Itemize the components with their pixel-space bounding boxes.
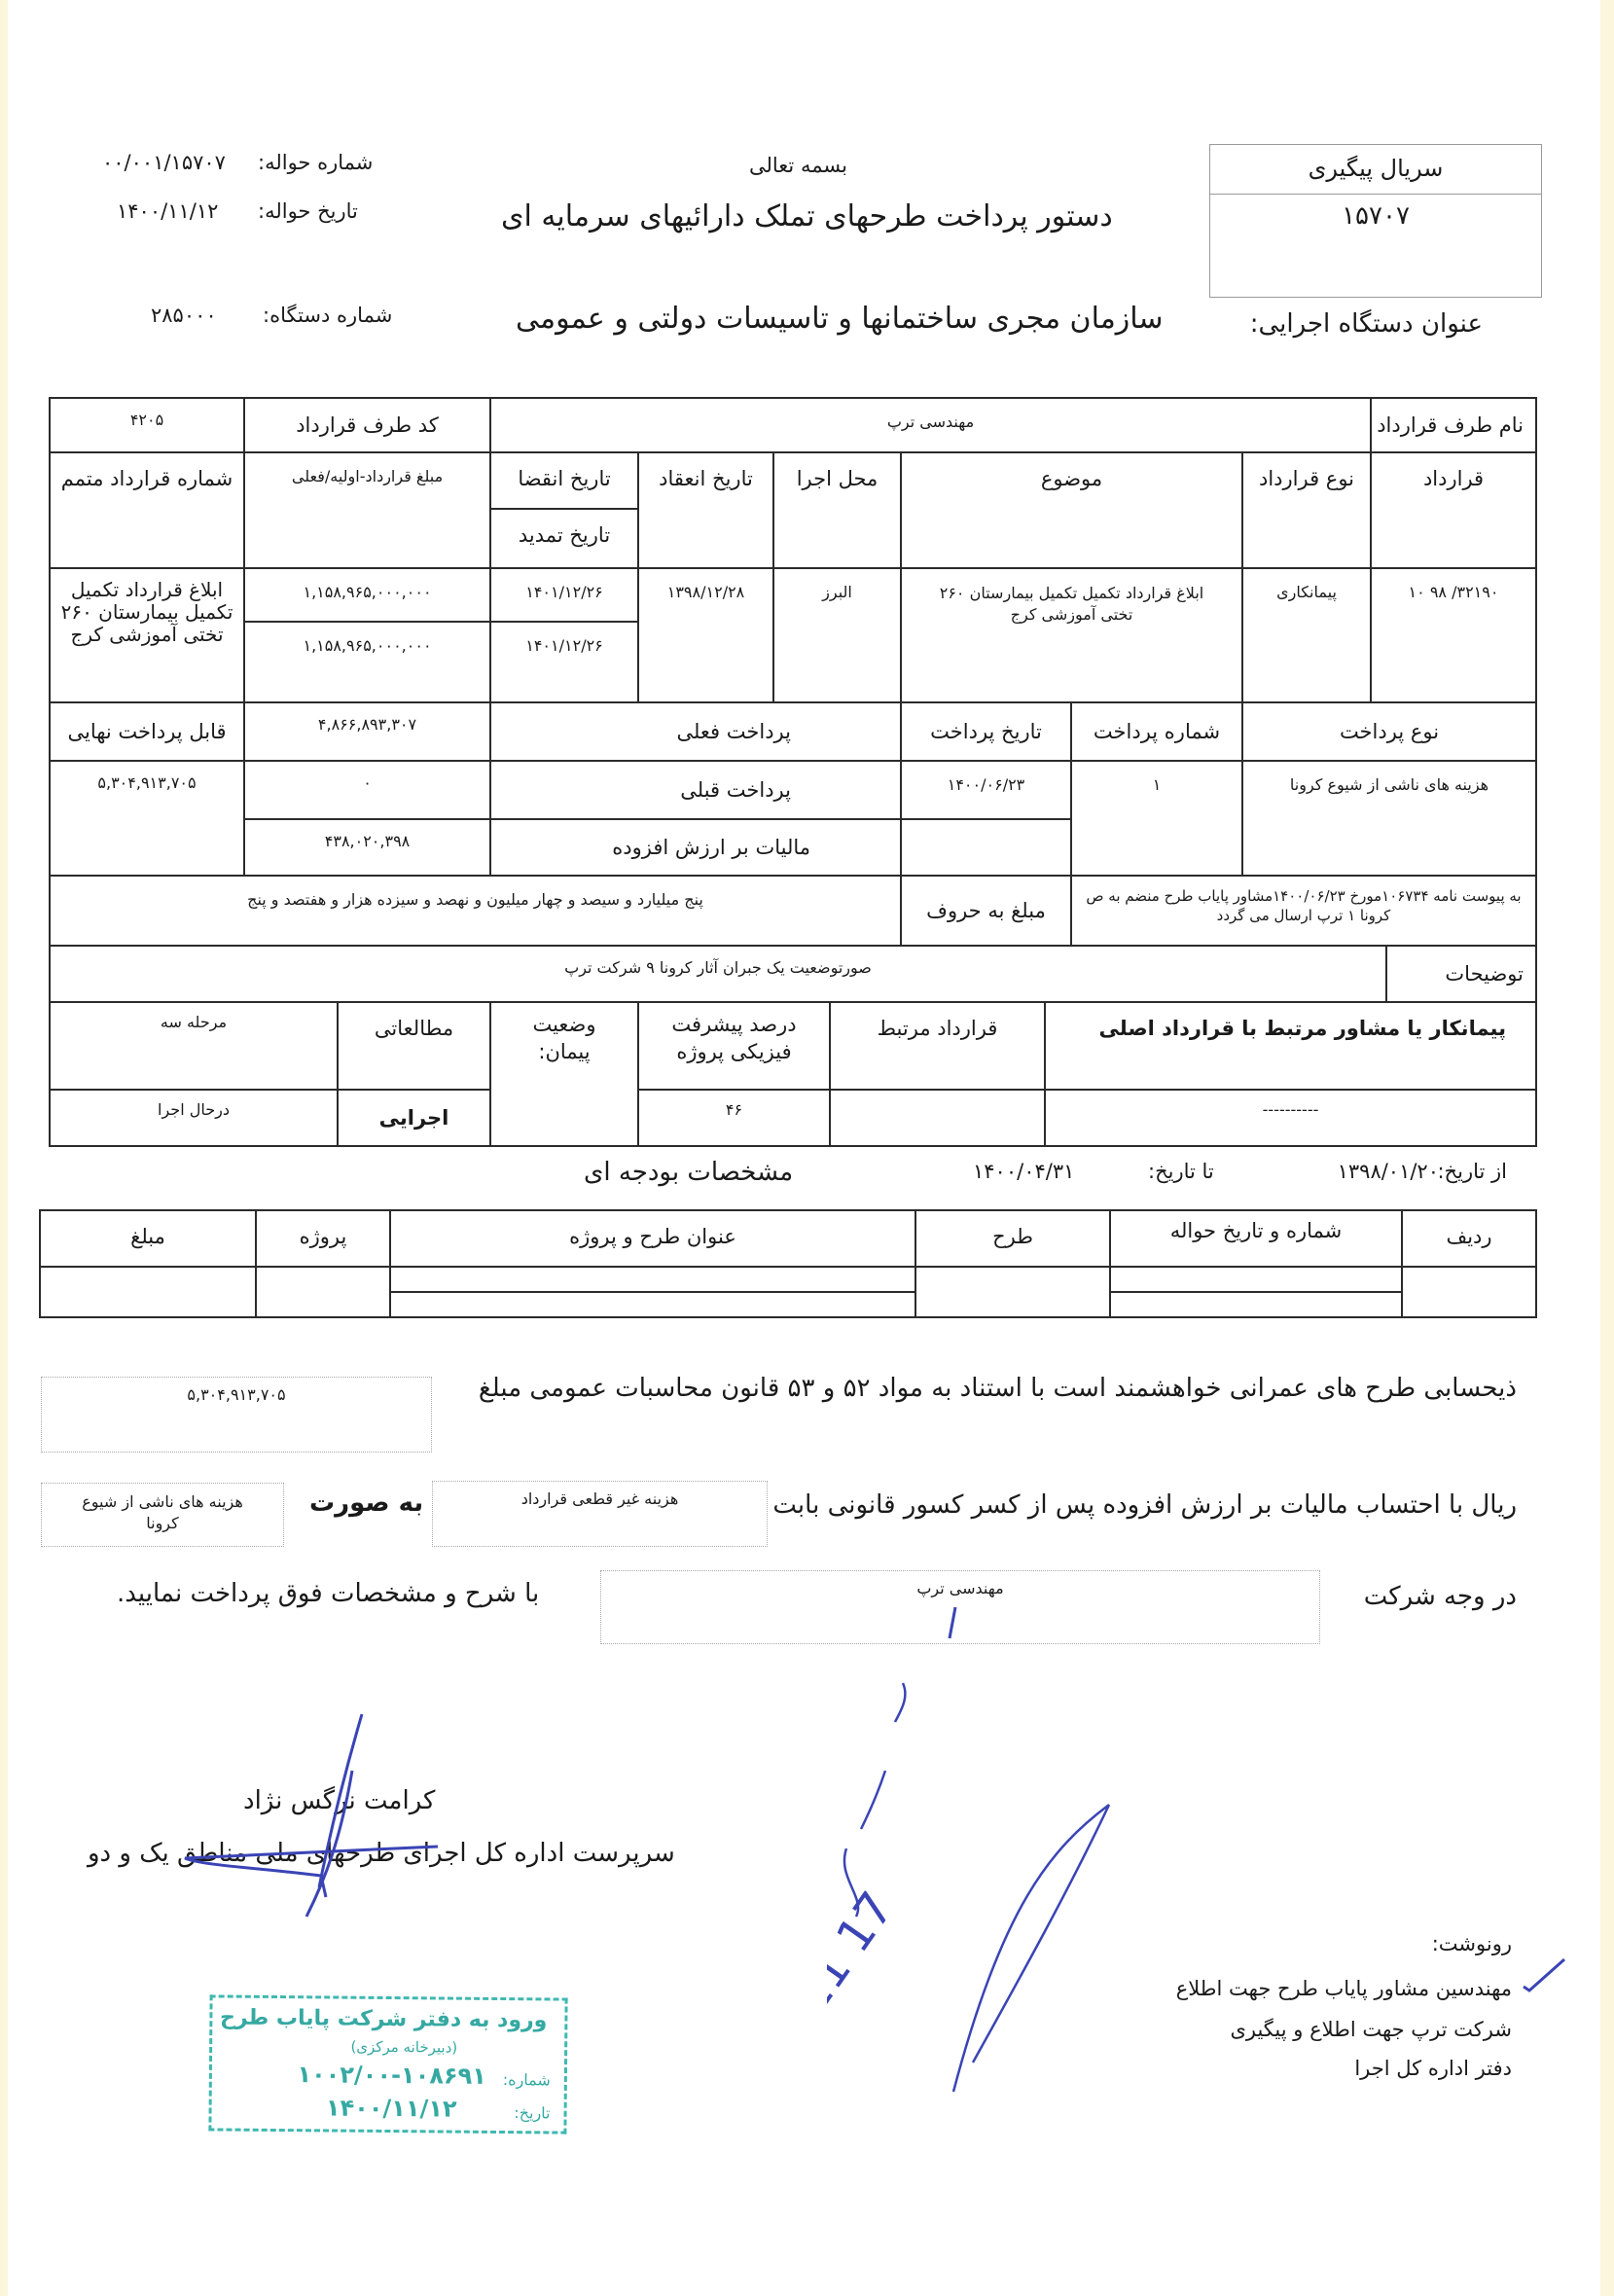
budget-cell	[389, 1291, 916, 1318]
payment-number-value: ۱	[1070, 760, 1243, 877]
stamp-number-value: ۱۰۰۲/۰۰-۱۰۸۶۹۱	[297, 2061, 486, 2090]
body-line-2: ریال با احتساب مالیات بر ارزش افزوده پس …	[772, 1490, 1517, 1520]
tracking-label: سریال پیگیری	[1210, 145, 1541, 195]
from-date-value: ۱۳۹۸/۰۱/۲۰	[1338, 1160, 1439, 1183]
budget-cell	[1401, 1266, 1537, 1318]
amount-in-words-label: مبلغ به حروف	[900, 875, 1072, 947]
remittance-date-label: تاریخ حواله:	[258, 199, 358, 223]
value-contract-type: پیمانکاری	[1241, 567, 1372, 703]
device-number-label: شماره دستگاه:	[263, 304, 392, 327]
stamp-number-label: شماره:	[503, 2070, 551, 2089]
stamp-line-2: (دبیرخانه مرکزی)	[350, 2038, 457, 2057]
scan-edge-left	[0, 0, 8, 2296]
previous-payment-label: پرداخت قبلی	[489, 760, 902, 820]
final-payable-label: قابل پرداخت نهایی	[49, 701, 245, 762]
remittance-number-value: ۰۰/۰۰۱/۱۵۷۰۷	[102, 151, 226, 174]
value-sign-date: ۱۳۹۸/۱۲/۲۸	[637, 567, 774, 703]
remittance-number-label: شماره حواله:	[258, 151, 373, 174]
value-contract-number: ۱۰ ۹۸ /۳۲۱۹۰	[1370, 567, 1537, 703]
budget-cell	[389, 1266, 916, 1293]
header-subject: موضوع	[900, 451, 1243, 569]
payment-date-empty	[900, 818, 1072, 877]
payment-type-label: نوع پرداخت	[1241, 701, 1537, 762]
body-line-1: ذیحسابی طرح های عمرانی خواهشمند است با ا…	[479, 1374, 1517, 1403]
body-line-3-end: با شرح و مشخصات فوق پرداخت نمایید.	[117, 1579, 539, 1608]
value-amount-initial: ۱,۱۵۸,۹۶۵,۰۰۰,۰۰۰	[243, 567, 491, 623]
handwritten-initials-date: 17 11 01	[827, 1654, 1138, 2101]
budget-cell	[39, 1266, 257, 1318]
as-box: هزینه های ناشی از شیوع کرونا	[41, 1483, 284, 1547]
checkmark-icon	[1520, 1955, 1568, 1994]
to-date-label: تا تاریخ:	[1148, 1160, 1214, 1183]
value-expiry-date: ۱۴۰۱/۱۲/۲۶	[489, 567, 639, 623]
header-supplement-number: شماره قرارداد متمم	[49, 451, 245, 569]
current-payment-value: ۴,۸۶۶,۸۹۳,۳۰۷	[243, 701, 491, 762]
page-title: دستور پرداخت طرحهای تملک دارائیهای سرمای…	[501, 199, 1113, 233]
value-supplement-number: ابلاغ قرارداد تکمیل تکمیل بیمارستان ۲۶۰ …	[49, 567, 245, 703]
budget-cell	[255, 1266, 391, 1318]
payment-number-label: شماره پرداخت	[1070, 701, 1243, 762]
budget-title: مشخصات بودجه ای	[584, 1158, 793, 1187]
budget-col-row: ردیف	[1401, 1209, 1537, 1268]
budget-cell	[1109, 1291, 1403, 1318]
vat-value: ۴۳۸,۰۲۰,۳۹۸	[243, 818, 491, 877]
as-label: به صورت	[309, 1489, 423, 1518]
party-code-value: ۴۲۰۵	[49, 397, 245, 453]
value-extension-date: ۱۴۰۱/۱۲/۲۶	[489, 621, 639, 703]
copy-item: شرکت ترپ جهت اطلاع و پیگیری	[1230, 2018, 1512, 2041]
related-contract-value	[829, 1089, 1046, 1147]
from-date-label: از تاریخ:	[1437, 1160, 1507, 1183]
exec-label: اجرایی	[337, 1089, 491, 1147]
notes-value: صورتوضعیت یک جبران آثار کرونا ۹ شرکت ترپ	[49, 945, 1387, 1003]
payment-type-value: هزینه های ناشی از شیوع کرونا	[1241, 760, 1537, 877]
budget-col-project: پروژه	[255, 1209, 391, 1268]
budget-table: ردیف شماره و تاریخ حواله طرح عنوان طرح و…	[39, 1209, 1537, 1318]
value-amount-current: ۱,۱۵۸,۹۶۵,۰۰۰,۰۰۰	[243, 621, 491, 703]
device-number-value: ۲۸۵۰۰۰	[151, 304, 217, 327]
remittance-date-value: ۱۴۰۰/۱۱/۱۲	[117, 199, 218, 223]
header-location: محل اجرا	[772, 451, 902, 569]
budget-cell	[915, 1266, 1111, 1318]
exec-value: درحال اجرا	[49, 1089, 339, 1147]
stamp-date-label: تاریخ:	[514, 2103, 550, 2122]
payment-date-label: تاریخ پرداخت	[900, 701, 1072, 762]
study-value: مرحله سه	[49, 1001, 339, 1091]
tracking-box: سریال پیگیری ۱۵۷۰۷	[1209, 144, 1542, 298]
bismillah: بسمه تعالی	[749, 154, 847, 177]
payment-date-value: ۱۴۰۰/۰۶/۲۳	[900, 760, 1072, 820]
value-location: البرز	[772, 567, 902, 703]
progress-value: ۴۶	[637, 1089, 831, 1147]
signatory-name: کرامت نرگس نژاد	[243, 1786, 435, 1815]
final-payable-value: ۵,۳۰۴,۹۱۳,۷۰۵	[49, 760, 245, 877]
reason-box: هزینه غیر قطعی قرارداد	[432, 1481, 768, 1547]
progress-label: درصد پیشرفت فیزیکی پروژه	[637, 1001, 831, 1091]
notes-label: توضیحات	[1385, 945, 1537, 1003]
related-contract-label: قرارداد مرتبط	[829, 1001, 1046, 1091]
amount-in-words-value: پنج میلیارد و سیصد و چهار میلیون و نهصد …	[49, 875, 902, 947]
party-name-value: مهندسی ترپ	[489, 397, 1372, 453]
current-payment-label: پرداخت فعلی	[489, 701, 902, 762]
header-sign-date: تاریخ انعقاد	[637, 451, 774, 569]
header-extension-date: تاریخ تمدید	[489, 508, 639, 569]
copy-item: دفتر اداره کل اجرا	[1354, 2057, 1512, 2080]
contract-status-label: وضعیت پیمان:	[489, 1001, 639, 1147]
to-date-value: ۱۴۰۰/۰۴/۳۱	[973, 1160, 1074, 1183]
copy-item: مهندسین مشاور پایاب طرح جهت اطلاع	[1176, 1977, 1512, 2000]
header-expiry-date: تاریخ انقضا	[489, 451, 639, 510]
budget-col-amount: مبلغ	[39, 1209, 257, 1268]
stamp-line-1: ورود به دفتر شرکت پایاب طرح	[220, 2005, 548, 2032]
vat-label: مالیات بر ارزش افزوده	[489, 818, 902, 877]
header-contract-amount: مبلغ قرارداد-اولیه/فعلی	[243, 451, 491, 569]
contractor-label: پیمانکار یا مشاور مرتبط با قرارداد اصلی	[1044, 1001, 1537, 1091]
amount-box: ۵,۳۰۴,۹۱۳,۷۰۵	[41, 1377, 432, 1453]
attachment-note: به پیوست نامه ۱۰۶۷۳۴مورخ ۱۴۰۰/۰۶/۲۳مشاور…	[1070, 875, 1537, 947]
budget-col-plan: طرح	[915, 1209, 1111, 1268]
received-stamp: ورود به دفتر شرکت پایاب طرح (دبیرخانه مر…	[208, 1994, 567, 2134]
header-contract: قرارداد	[1370, 451, 1537, 569]
party-name-label: نام طرف قرارداد	[1370, 397, 1537, 453]
company-box: مهندسی ترپ	[600, 1570, 1320, 1644]
signatory-title: سرپرست اداره کل اجرای طرحهای ملی مناطق ی…	[88, 1839, 675, 1868]
study-label: مطالعاتی	[337, 1001, 491, 1091]
handwritten-date: 17 11 01	[827, 1883, 905, 2084]
value-subject: ابلاغ قرارداد تکمیل تکمیل بیمارستان ۲۶۰ …	[900, 567, 1243, 703]
stamp-date-value: ۱۴۰۰/۱۱/۱۲	[326, 2094, 457, 2122]
party-code-label: کد طرف قرارداد	[243, 397, 491, 453]
copies-label: رونوشت:	[1432, 1932, 1512, 1955]
budget-col-title: عنوان طرح و پروژه	[389, 1209, 916, 1268]
executive-label: عنوان دستگاه اجرایی:	[1250, 309, 1483, 339]
organization-name: سازمان مجری ساختمانها و تاسیسات دولتی و …	[516, 302, 1164, 336]
contractor-value: ----------	[1044, 1089, 1537, 1147]
previous-payment-value: ۰	[243, 760, 491, 820]
budget-col-remittance: شماره و تاریخ حواله	[1109, 1209, 1403, 1268]
header-contract-type: نوع قرارداد	[1241, 451, 1372, 569]
tracking-value: ۱۵۷۰۷	[1210, 195, 1541, 237]
scan-edge-right	[1600, 0, 1614, 2296]
body-line-3: در وجه شرکت	[1364, 1582, 1517, 1611]
budget-cell	[1109, 1266, 1403, 1293]
